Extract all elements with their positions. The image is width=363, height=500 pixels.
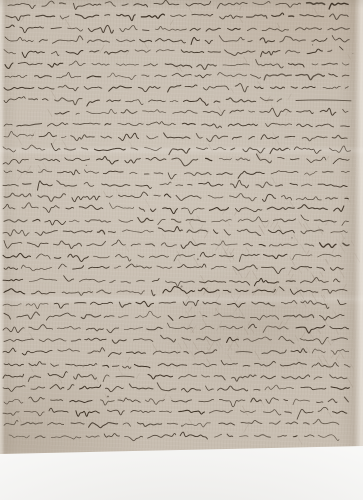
ink-stroke <box>103 365 109 367</box>
ink-stroke <box>147 122 176 125</box>
ink-stroke <box>148 374 173 379</box>
ink-stroke <box>312 349 325 353</box>
ink-stroke <box>168 173 176 179</box>
ink-stroke <box>141 14 164 18</box>
ink-stroke <box>213 230 218 234</box>
ink-stroke <box>3 327 24 333</box>
ink-stroke <box>51 436 81 439</box>
ink-stroke <box>296 100 351 101</box>
ink-stroke <box>126 100 144 105</box>
ink-stroke <box>183 423 210 427</box>
ink-stroke <box>262 350 286 354</box>
ink-stroke <box>134 4 148 7</box>
ink-stroke <box>74 3 101 9</box>
ink-speck <box>181 285 183 287</box>
ink-stroke <box>206 158 212 160</box>
ink-stroke <box>70 400 92 402</box>
ink-stroke <box>228 342 233 351</box>
ink-stroke <box>202 124 222 128</box>
ink-stroke <box>51 28 61 29</box>
ink-speck <box>352 53 353 54</box>
ink-stroke <box>38 194 66 202</box>
ink-stroke <box>304 315 308 321</box>
ink-stroke <box>281 196 291 201</box>
ink-stroke <box>345 198 349 199</box>
ink-stroke <box>301 215 309 221</box>
ink-stroke <box>31 387 45 389</box>
ink-stroke <box>297 111 314 114</box>
ink-stroke <box>136 185 152 188</box>
ink-stroke <box>48 63 63 67</box>
ink-stroke <box>176 185 183 186</box>
ink-stroke <box>145 399 164 405</box>
ink-stroke <box>35 231 57 236</box>
ink-stroke <box>269 421 280 424</box>
ink-stroke <box>236 352 252 353</box>
ink-stroke <box>3 348 16 353</box>
ink-stroke <box>338 300 346 305</box>
ink-stroke <box>65 158 90 161</box>
ink-stroke <box>181 242 206 249</box>
ink-stroke <box>326 360 331 369</box>
ink-stroke <box>342 75 349 76</box>
ink-stroke <box>172 158 198 166</box>
ink-stroke <box>343 109 348 112</box>
ink-stroke <box>207 135 228 141</box>
ink-stroke <box>163 234 166 239</box>
ink-stroke <box>62 136 67 137</box>
ink-stroke <box>107 410 124 415</box>
ink-stroke <box>170 21 172 25</box>
ink-stroke <box>289 16 294 17</box>
ink-stroke <box>226 98 255 102</box>
ink-stroke <box>344 397 348 402</box>
ink-stroke <box>290 257 295 266</box>
ink-stroke <box>267 207 294 209</box>
ink-stroke <box>313 419 339 424</box>
ink-stroke <box>225 50 255 56</box>
ink-stroke <box>3 230 29 236</box>
ink-stroke <box>131 410 155 412</box>
ink-stroke <box>161 335 176 342</box>
ink-stroke <box>123 366 131 368</box>
ink-stroke <box>127 357 129 361</box>
ink-stroke <box>52 51 60 55</box>
ink-stroke <box>26 166 31 174</box>
ink-stroke <box>329 74 337 77</box>
ink-stroke <box>124 328 142 330</box>
ink-stroke <box>216 322 221 331</box>
ink-stroke <box>105 394 108 398</box>
ink-stroke <box>263 326 288 332</box>
ink-stroke <box>151 209 156 212</box>
ink-stroke <box>180 432 207 439</box>
ink-stroke <box>82 148 88 150</box>
ink-stroke <box>205 40 212 43</box>
ink-stroke <box>260 108 291 116</box>
ink-stroke <box>318 407 328 411</box>
ink-stroke <box>344 365 350 367</box>
ink-stroke <box>94 256 110 258</box>
ink-stroke <box>58 85 78 91</box>
ink-stroke <box>72 196 100 202</box>
ink-stroke <box>286 50 300 53</box>
ink-stroke <box>131 244 140 246</box>
ink-stroke <box>49 408 68 412</box>
ink-stroke <box>280 36 306 42</box>
ink-stroke <box>164 194 170 197</box>
ink-stroke <box>322 289 347 293</box>
ink-stroke <box>295 28 321 30</box>
ink-stroke <box>4 171 12 173</box>
ink-stroke <box>88 25 113 33</box>
ink-stroke <box>249 137 255 140</box>
ink-stroke <box>178 264 206 268</box>
ink-stroke <box>342 221 349 225</box>
ink-stroke <box>195 74 211 77</box>
ink-stroke <box>307 49 322 53</box>
ink-stroke <box>270 148 288 153</box>
ink-stroke <box>339 269 344 278</box>
ink-stroke <box>3 159 28 164</box>
ink-stroke <box>48 109 52 116</box>
ink-stroke <box>296 326 325 334</box>
ink-stroke <box>98 230 105 234</box>
ink-stroke <box>105 386 123 391</box>
ink-stroke <box>179 375 197 379</box>
ink-stroke <box>262 194 275 201</box>
ink-stroke <box>224 230 230 235</box>
ink-stroke <box>71 339 80 341</box>
ink-stroke <box>244 244 253 246</box>
ink-stroke <box>130 172 137 174</box>
ink-stroke <box>235 83 248 91</box>
ink-stroke <box>42 99 48 101</box>
ink-speck <box>313 208 314 209</box>
ink-stroke <box>50 385 64 390</box>
ink-stroke <box>228 28 241 30</box>
ink-stroke <box>18 416 21 422</box>
ink-stroke <box>130 142 132 146</box>
ink-stroke <box>216 295 220 302</box>
ink-stroke <box>181 388 200 392</box>
ink-stroke <box>64 276 74 282</box>
ink-stroke <box>255 361 276 366</box>
ink-stroke <box>340 232 344 239</box>
ink-stroke <box>4 193 31 197</box>
ink-stroke <box>343 243 349 245</box>
ink-stroke <box>3 253 31 257</box>
ink-stroke <box>66 364 97 366</box>
ink-stroke <box>199 400 214 402</box>
ink-stroke <box>116 255 131 261</box>
ink-stroke <box>45 220 66 225</box>
ink-stroke <box>80 385 101 389</box>
ink-stroke <box>48 372 67 378</box>
ink-stroke <box>256 182 272 188</box>
ink-stroke <box>286 111 289 116</box>
ink-stroke <box>255 351 260 359</box>
ink-stroke <box>290 159 299 160</box>
ink-stroke <box>317 267 325 270</box>
ink-stroke <box>246 248 249 253</box>
ink-stroke <box>208 195 223 198</box>
ink-stroke <box>109 86 132 91</box>
ink-stroke <box>234 210 237 215</box>
ink-stroke <box>156 26 187 30</box>
ink-stroke <box>247 15 267 18</box>
ink-stroke <box>203 315 207 317</box>
ink-stroke <box>118 368 122 375</box>
ink-stroke <box>318 435 339 441</box>
ink-stroke <box>163 208 178 214</box>
ink-stroke <box>66 20 71 29</box>
ink-stroke <box>102 184 130 187</box>
ink-speck <box>197 258 199 260</box>
ink-stroke <box>285 136 295 137</box>
ink-stroke <box>298 438 302 444</box>
ink-stroke <box>311 273 315 279</box>
ink-stroke <box>285 412 292 414</box>
ink-stroke <box>331 354 334 359</box>
ink-stroke <box>68 28 83 31</box>
ink-stroke <box>284 400 288 401</box>
ink-stroke <box>280 362 306 366</box>
ink-stroke <box>103 375 109 382</box>
ink-stroke <box>214 101 220 102</box>
ink-stroke <box>329 3 348 9</box>
ink-stroke <box>320 108 336 115</box>
ink-stroke <box>177 252 180 258</box>
ink-stroke <box>92 63 109 65</box>
ink-stroke <box>176 195 201 200</box>
ink-stroke <box>291 349 307 353</box>
ink-stroke <box>63 141 68 150</box>
ink-stroke <box>121 281 131 283</box>
ink-stroke <box>276 185 283 186</box>
ink-stroke <box>233 265 257 270</box>
ink-stroke <box>51 400 63 401</box>
ink-stroke <box>158 227 182 232</box>
ink-stroke <box>295 336 298 342</box>
ink-stroke <box>29 325 53 330</box>
ink-stroke <box>160 411 172 412</box>
ink-stroke <box>35 159 59 162</box>
ink-stroke <box>314 8 317 14</box>
ink-stroke <box>217 173 233 175</box>
ink-stroke <box>271 171 298 174</box>
ink-stroke <box>328 340 331 345</box>
ink-stroke <box>196 134 202 139</box>
ink-stroke <box>182 208 205 214</box>
ink-stroke <box>108 232 115 233</box>
ink-stroke <box>214 314 245 318</box>
ink-stroke <box>285 318 289 326</box>
ink-stroke <box>184 341 188 348</box>
ink-stroke <box>154 173 163 174</box>
ink-stroke <box>146 244 155 246</box>
ink-stroke <box>243 365 250 366</box>
ink-stroke <box>351 241 354 245</box>
ink-stroke <box>219 400 245 407</box>
ink-stroke <box>87 40 109 43</box>
ink-stroke <box>52 139 55 144</box>
ink-stroke <box>135 311 161 318</box>
ink-stroke <box>300 338 328 345</box>
ink-stroke <box>235 208 262 212</box>
ink-stroke <box>105 15 110 16</box>
ink-stroke <box>84 182 94 186</box>
ink-stroke <box>118 133 138 140</box>
ink-stroke <box>6 25 14 27</box>
ink-stroke <box>332 338 348 340</box>
ink-stroke <box>131 148 138 150</box>
ink-stroke <box>21 265 51 271</box>
ink-stroke <box>17 123 42 126</box>
ink-speck <box>107 396 109 398</box>
ink-stroke <box>328 399 337 403</box>
ink-stroke <box>88 348 105 354</box>
ink-stroke <box>120 25 137 31</box>
ink-stroke <box>154 0 179 4</box>
ink-stroke <box>4 313 10 319</box>
ink-stroke <box>97 290 111 293</box>
ink-stroke <box>48 423 64 425</box>
ink-stroke <box>38 181 53 190</box>
ink-stroke <box>58 264 66 269</box>
ink-stroke <box>230 180 248 188</box>
ink-stroke <box>334 279 340 282</box>
handwriting-layer <box>0 0 363 500</box>
ink-stroke <box>225 253 231 262</box>
ink-stroke <box>107 100 121 102</box>
ink-stroke <box>237 335 239 339</box>
ink-stroke <box>112 366 118 367</box>
ink-stroke <box>331 387 349 390</box>
ink-stroke <box>121 110 137 114</box>
scan-background: { "meta": { "description": "Scanned sing… <box>0 0 363 500</box>
ink-stroke <box>146 157 166 160</box>
ink-stroke <box>252 271 257 279</box>
ink-stroke <box>165 64 192 68</box>
ink-stroke <box>243 337 271 341</box>
ink-stroke <box>333 411 347 413</box>
ink-stroke <box>297 409 313 419</box>
ink-stroke <box>215 434 222 437</box>
ink-stroke <box>332 338 335 344</box>
ink-stroke <box>158 364 187 366</box>
ink-stroke <box>173 110 197 113</box>
ink-stroke <box>22 16 25 21</box>
ink-stroke <box>255 435 271 438</box>
ink-stroke <box>219 423 235 425</box>
ink-stroke <box>76 113 79 114</box>
ink-stroke <box>85 220 110 222</box>
ink-stroke <box>156 50 174 52</box>
ink-stroke <box>322 63 338 65</box>
ink-stroke <box>244 57 247 62</box>
ink-stroke <box>94 148 125 150</box>
ink-stroke <box>137 374 140 379</box>
ink-speck <box>289 149 290 150</box>
ink-stroke <box>221 360 237 365</box>
ink-stroke <box>333 159 349 164</box>
ink-stroke <box>118 123 143 125</box>
ink-stroke <box>54 241 82 249</box>
ink-stroke <box>76 14 99 18</box>
ink-stroke <box>142 75 149 76</box>
ink-stroke <box>272 13 284 16</box>
ink-stroke <box>259 244 265 246</box>
ink-stroke <box>81 315 101 319</box>
ink-stroke <box>27 243 48 247</box>
ink-stroke <box>328 28 349 30</box>
ink-stroke <box>197 64 217 69</box>
ink-stroke <box>281 301 296 304</box>
ink-stroke <box>105 124 111 125</box>
ink-stroke <box>237 229 260 235</box>
ink-stroke <box>236 289 248 291</box>
ink-stroke <box>247 28 256 30</box>
ink-stroke <box>254 389 260 390</box>
ink-stroke <box>4 87 34 90</box>
ink-stroke <box>248 41 252 42</box>
ink-stroke <box>62 292 93 296</box>
ink-stroke <box>29 278 57 281</box>
ink-stroke <box>238 271 242 278</box>
ink-stroke <box>312 38 327 41</box>
ink-stroke <box>33 219 40 221</box>
ink-stroke <box>303 224 306 230</box>
ink-stroke <box>168 316 173 321</box>
ink-stroke <box>29 397 45 402</box>
ink-stroke <box>296 197 321 200</box>
ink-stroke <box>260 97 273 100</box>
ink-stroke <box>250 315 278 320</box>
ink-stroke <box>211 241 237 245</box>
ink-stroke <box>301 244 306 252</box>
ink-stroke <box>186 1 211 6</box>
ink-stroke <box>60 3 66 4</box>
handwriting-strokes <box>3 0 351 440</box>
ink-stroke <box>184 352 188 354</box>
ink-stroke <box>284 315 314 318</box>
ink-stroke <box>191 37 200 44</box>
ink-speck <box>312 44 313 45</box>
ink-stroke <box>330 14 349 19</box>
ink-stroke <box>3 184 18 186</box>
ink-stroke <box>203 319 207 325</box>
ink-stroke <box>39 132 56 136</box>
ink-stroke <box>46 313 75 320</box>
ink-stroke <box>227 337 239 342</box>
ink-stroke <box>272 177 276 184</box>
ink-stroke <box>312 363 338 367</box>
ink-stroke <box>6 15 30 21</box>
ink-stroke <box>43 206 59 213</box>
ink-stroke <box>5 75 27 77</box>
ink-stroke <box>199 182 223 186</box>
ink-stroke <box>4 339 34 341</box>
ink-stroke <box>28 376 40 382</box>
ink-stroke <box>261 51 280 57</box>
ink-stroke <box>17 170 32 172</box>
ink-stroke <box>307 3 325 5</box>
ink-stroke <box>203 86 229 90</box>
ink-stroke <box>100 400 114 405</box>
ink-stroke <box>244 424 249 432</box>
ink-stroke <box>4 124 12 126</box>
